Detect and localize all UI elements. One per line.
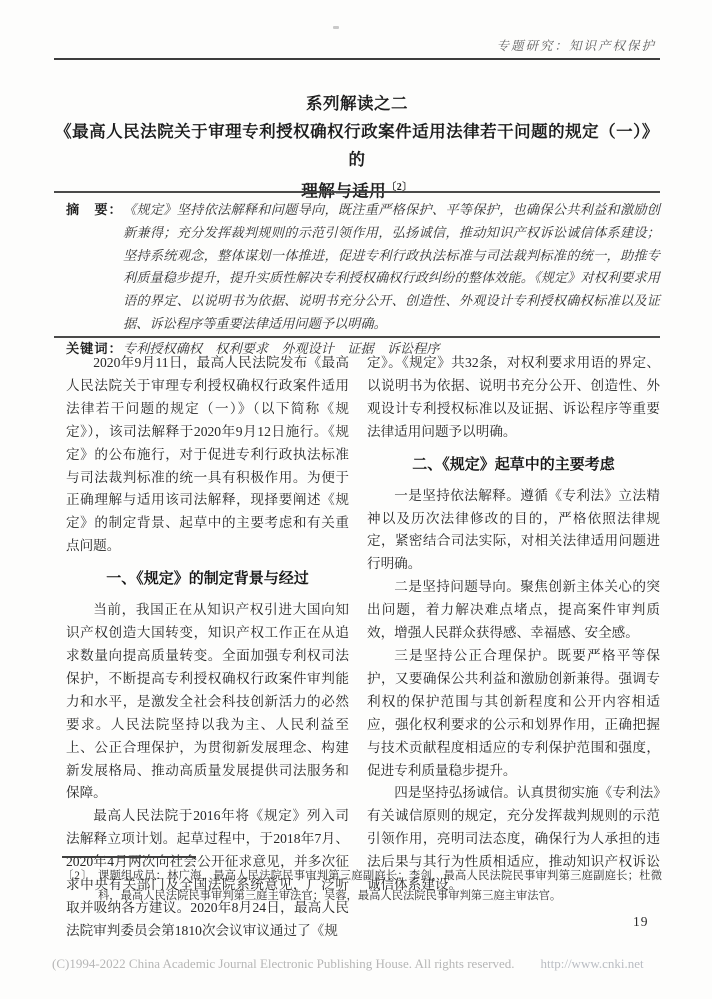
body-column-right: 定》。《规定》共32条，对权利要求用语的界定、以说明书为依据、说明书充分公开、创… <box>367 352 660 943</box>
abstract-text: 《规定》坚持依法解释和问题导向，既注重严格保护、平等保护，也确保公共利益和激励创… <box>123 202 660 331</box>
page-number: 19 <box>633 914 649 930</box>
footnote: 〔2〕 课题组成员：林广海，最高人民法院民事审判第三庭副庭长；李剑，最高人民法院… <box>62 867 662 906</box>
paragraph-drafting-history-cont: 定》。《规定》共32条，对权利要求用语的界定、以说明书为依据、说明书充分公开、创… <box>367 352 660 444</box>
paragraph-consideration-1: 一是坚持依法解释。遵循《专利法》立法精神以及历次法律修改的目的，严格依照法律规定… <box>367 485 660 577</box>
article-title: 系列解读之二 《最高人民法院关于审理专利授权确权行政案件适用法律若干问题的规定（… <box>54 90 660 206</box>
footnote-rule <box>62 856 196 858</box>
footer: (C)1994-2022 China Academic Journal Elec… <box>52 956 672 972</box>
abstract-rule-top <box>54 191 660 193</box>
footnote-text: 课题组成员：林广海，最高人民法院民事审判第三庭副庭长；李剑，最高人民法院民事审判… <box>98 870 662 902</box>
paragraph-intro: 2020年9月11日，最高人民法院发布《最高人民法院关于审理专利授权确权行政案件… <box>66 352 349 558</box>
running-head: 专题研究：知识产权保护 <box>496 36 656 54</box>
paragraph-background: 当前，我国正在从知识产权引进大国向知识产权创造大国转变，知识产权工作正在从追求数… <box>66 599 349 805</box>
abstract-rule-bottom <box>54 336 660 338</box>
paragraph-consideration-3: 三是坚持公正合理保护。既要严格平等保护，又要确保公共利益和激励创新兼得。强调专利… <box>367 645 660 782</box>
body-columns: 2020年9月11日，最高人民法院发布《最高人民法院关于审理专利授权确权行政案件… <box>66 352 660 943</box>
header-rule <box>54 58 660 60</box>
abstract-label: 摘 要： <box>66 199 123 222</box>
section-heading-2: 二、《规定》起草中的主要考虑 <box>367 453 660 477</box>
scan-artifact-mark <box>333 26 339 29</box>
paragraph-consideration-2: 二是坚持问题导向。聚焦创新主体关心的突出问题，着力解决难点堵点，提高案件审判质效… <box>367 576 660 645</box>
footer-url: http://www.cnki.net <box>541 956 644 971</box>
body-column-left: 2020年9月11日，最高人民法院发布《最高人民法院关于审理专利授权确权行政案件… <box>66 352 349 943</box>
title-line-series: 系列解读之二 <box>54 90 660 118</box>
title-line-main: 《最高人民法院关于审理专利授权确权行政案件适用法律若干问题的规定（一）》的 <box>54 118 660 174</box>
footnote-marker: 〔2〕 <box>62 867 93 887</box>
section-heading-1: 一、《规定》的制定背景与经过 <box>66 567 349 591</box>
footer-copyright: (C)1994-2022 China Academic Journal Elec… <box>52 956 515 971</box>
journal-page: 专题研究：知识产权保护 系列解读之二 《最高人民法院关于审理专利授权确权行政案件… <box>0 0 712 999</box>
